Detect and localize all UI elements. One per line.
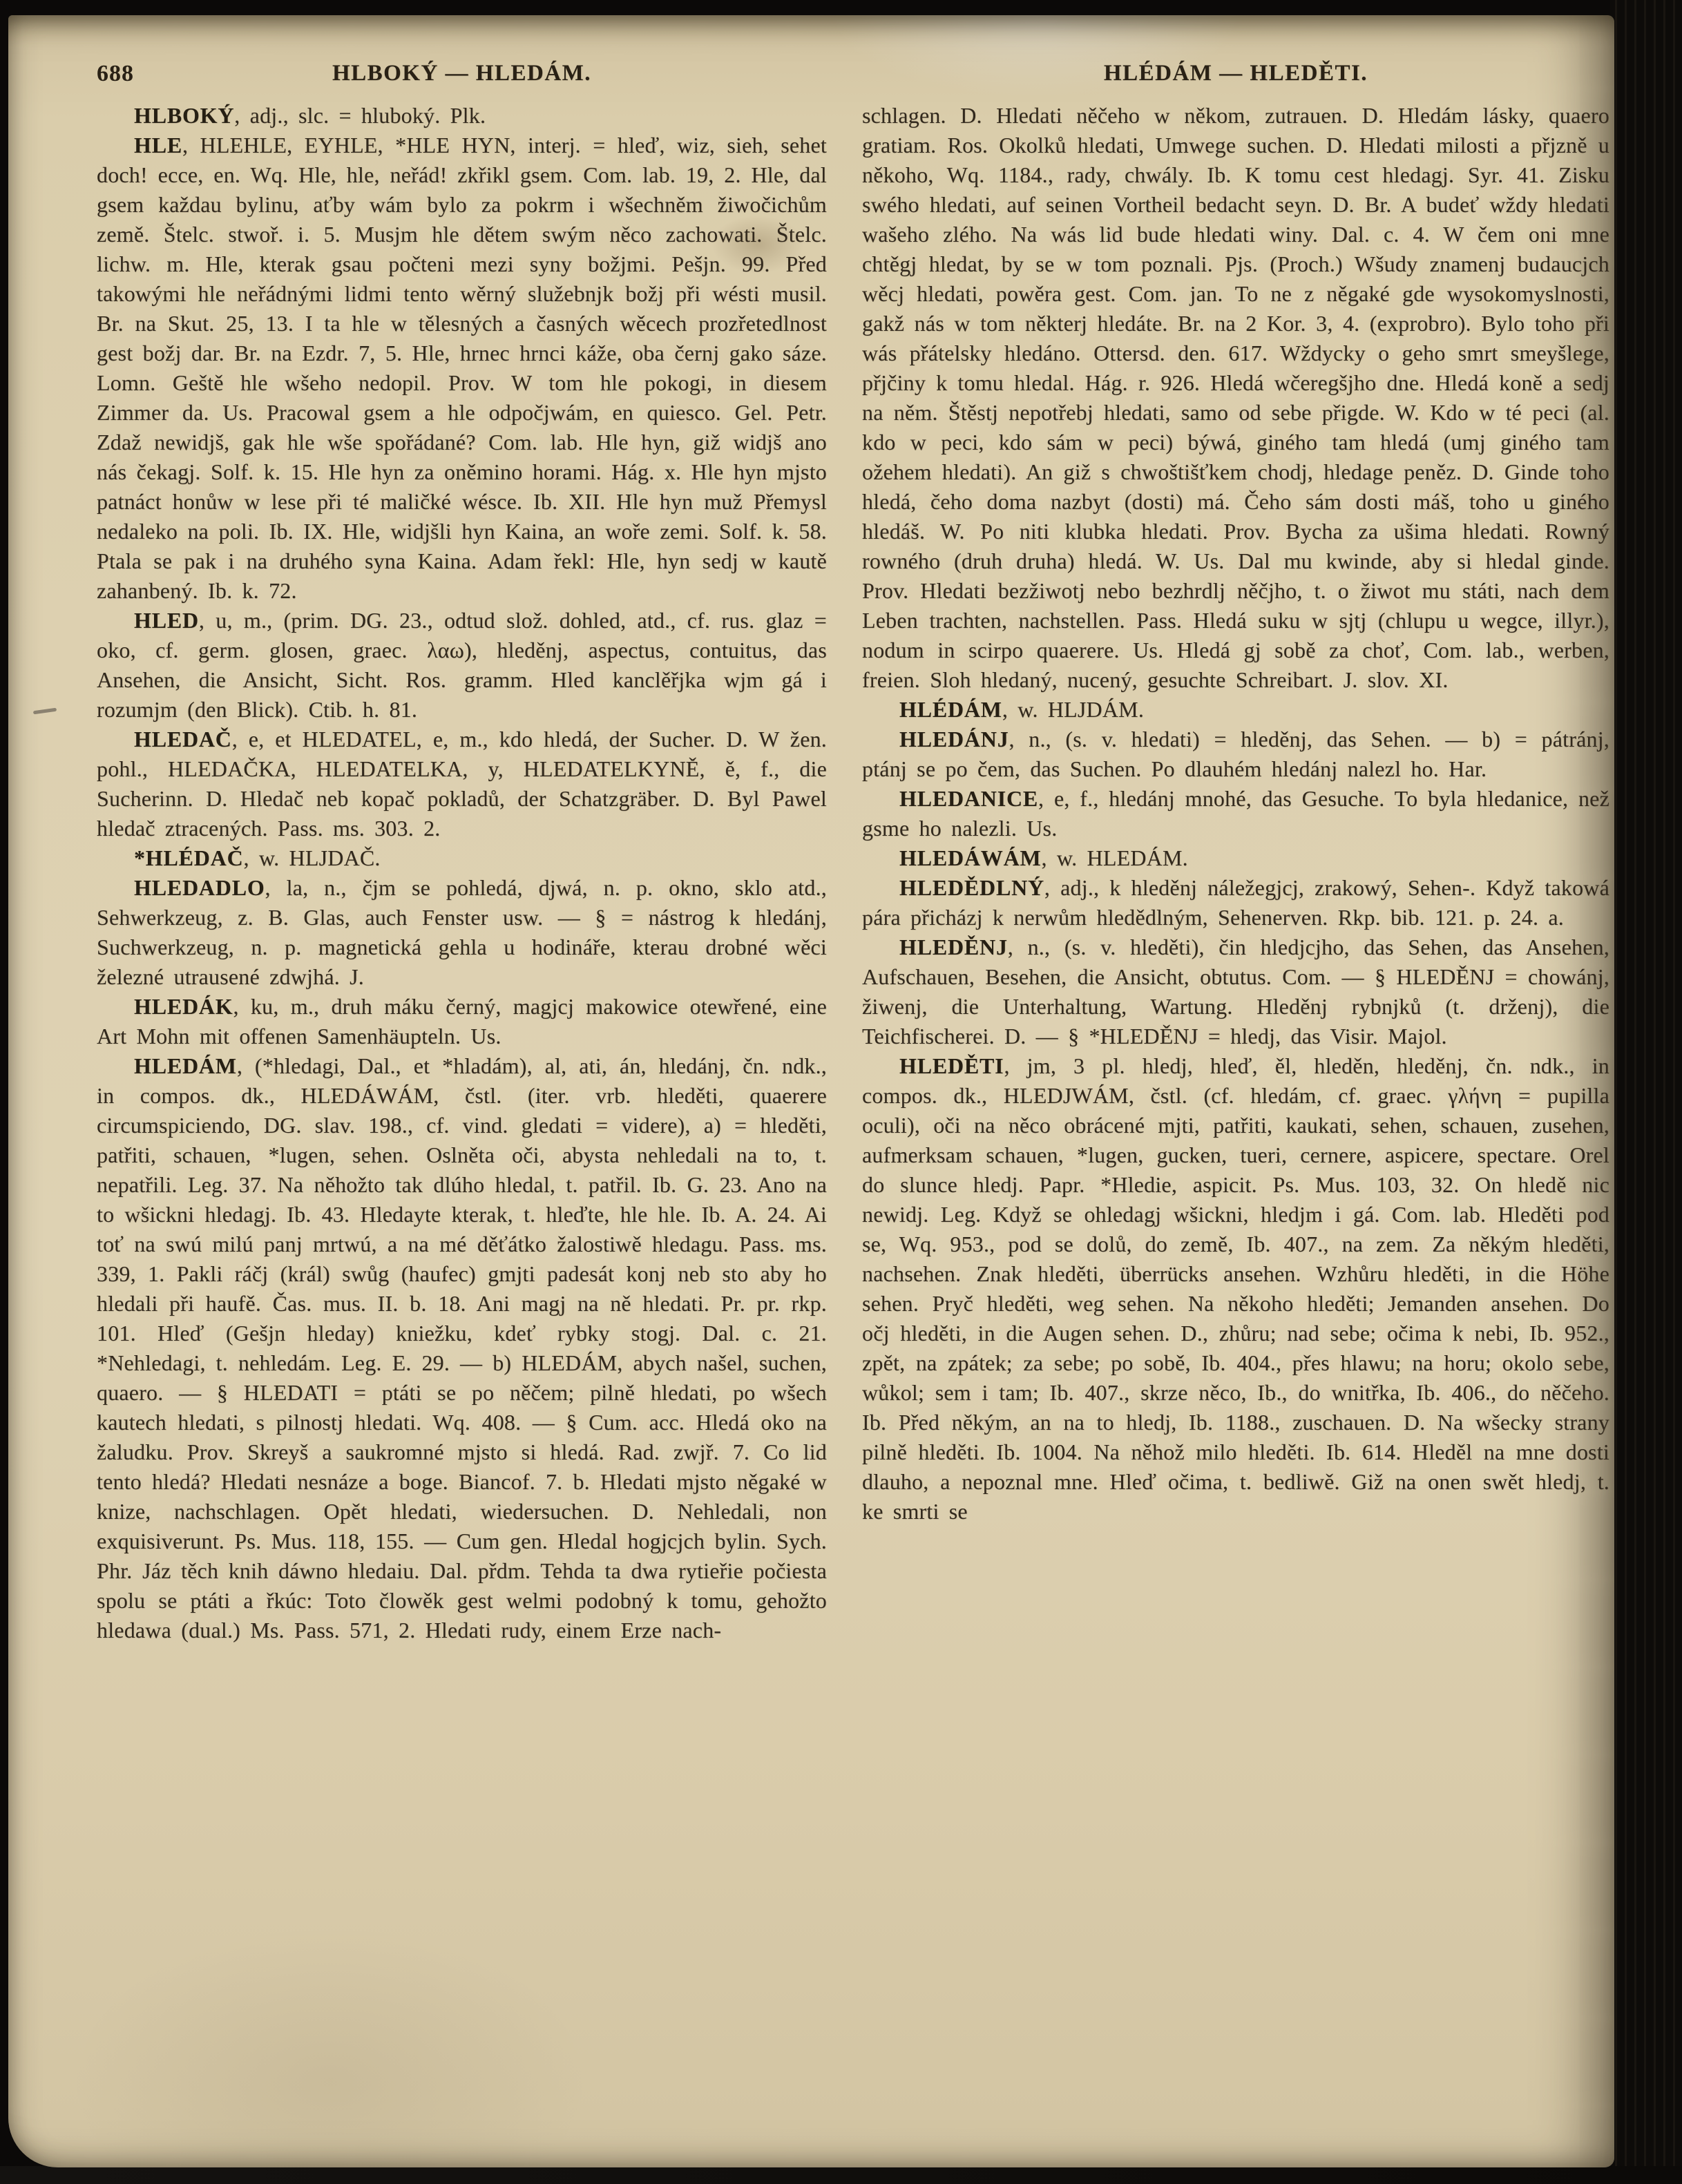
scan-bottom-border <box>0 2166 1682 2184</box>
headword: HLÉDÁM <box>899 697 1002 722</box>
dictionary-entry: HLEDADLO, la, n., čjm se pohledá, djwá, … <box>97 873 827 992</box>
dictionary-entry: HLEDĚNJ, n., (s. v. hleděti), čin hledjc… <box>862 932 1609 1051</box>
entry-text: , jm, 3 pl. hledj, hleď, ěl, hleděn, hle… <box>862 1053 1609 1524</box>
dictionary-entry: HLEDÁWÁM, w. HLEDÁM. <box>862 843 1609 873</box>
headword: HLEDANICE <box>899 786 1038 811</box>
headword: HLEDĚDLNÝ <box>899 875 1044 900</box>
entry-continuation: schlagen. D. Hledati něčeho w někom, zut… <box>862 101 1609 695</box>
scanned-book-page: { "page": { "number": "688", "header_lef… <box>0 0 1682 2184</box>
entry-text: , adj., slc. = hluboký. Plk. <box>234 103 486 128</box>
dictionary-entry: HLEDÁNJ, n., (s. v. hledati) = hleděnj, … <box>862 725 1609 784</box>
dictionary-entry: HLEDANICE, e, f., hledánj mnohé, das Ges… <box>862 784 1609 843</box>
dictionary-entry: HLEDAČ, e, et HLEDATEL, e, m., kdo hledá… <box>97 725 827 843</box>
headword: HLEDADLO <box>134 875 265 900</box>
book-edge-pages <box>1610 0 1682 2184</box>
headword: HLED <box>134 608 199 633</box>
entry-text: , w. HLEDÁM. <box>1042 845 1188 870</box>
dictionary-column-left: HLBOKÝ, adj., slc. = hluboký. Plk. HLE, … <box>97 101 827 1952</box>
dictionary-entry: HLEDĚDLNÝ, adj., k hleděnj náležegjcj, z… <box>862 873 1609 932</box>
entry-text: , w. HLJDAČ. <box>244 845 381 870</box>
dictionary-column-right: schlagen. D. Hledati něčeho w někom, zut… <box>862 101 1609 1952</box>
dictionary-entry: HLE, HLEHLE, EYHLE, *HLE HYN, interj. = … <box>97 131 827 606</box>
headword: HLBOKÝ <box>134 103 234 128</box>
dictionary-entry: *HLÉDAČ, w. HLJDAČ. <box>97 843 827 873</box>
margin-pencil-mark <box>33 708 57 715</box>
entry-text: , u, m., (prim. DG. 23., odtud slož. doh… <box>97 608 827 722</box>
headword: HLEDÁNJ <box>899 727 1009 751</box>
running-head-left: HLBOKÝ — HLEDÁM. <box>97 61 827 86</box>
dictionary-entry: HLED, u, m., (prim. DG. 23., odtud slož.… <box>97 606 827 725</box>
dictionary-entry: HLEDÁK, ku, m., druh máku černý, magjcj … <box>97 992 827 1051</box>
entry-text: , HLEHLE, EYHLE, *HLE HYN, interj. = hle… <box>97 133 827 603</box>
entry-text: schlagen. D. Hledati něčeho w někom, zut… <box>862 103 1609 692</box>
entry-text: , w. HLJDÁM. <box>1002 697 1144 722</box>
dictionary-entry: HLBOKÝ, adj., slc. = hluboký. Plk. <box>97 101 827 131</box>
dictionary-entry: HLÉDÁM, w. HLJDÁM. <box>862 695 1609 725</box>
headword: HLEDĚTI <box>899 1053 1004 1078</box>
headword: HLEDAČ <box>134 727 232 751</box>
headword: HLEDÁM <box>134 1053 237 1078</box>
entry-text: , (*hledagi, Dal., et *hladám), al, ati,… <box>97 1053 827 1642</box>
running-head-right: HLÉDÁM — HLEDĚTI. <box>862 61 1609 86</box>
headword: HLEDÁK <box>134 994 233 1019</box>
headword: HLEDÁWÁM <box>899 845 1042 870</box>
dictionary-entry: HLEDĚTI, jm, 3 pl. hledj, hleď, ěl, hled… <box>862 1051 1609 1526</box>
headword: HLEDĚNJ <box>899 935 1008 959</box>
headword: *HLÉDAČ <box>134 845 244 870</box>
headword: HLE <box>134 133 182 157</box>
dictionary-entry: HLEDÁM, (*hledagi, Dal., et *hladám), al… <box>97 1051 827 1645</box>
book-page-paper: 688 HLBOKÝ — HLEDÁM. HLÉDÁM — HLEDĚTI. H… <box>8 15 1614 2167</box>
